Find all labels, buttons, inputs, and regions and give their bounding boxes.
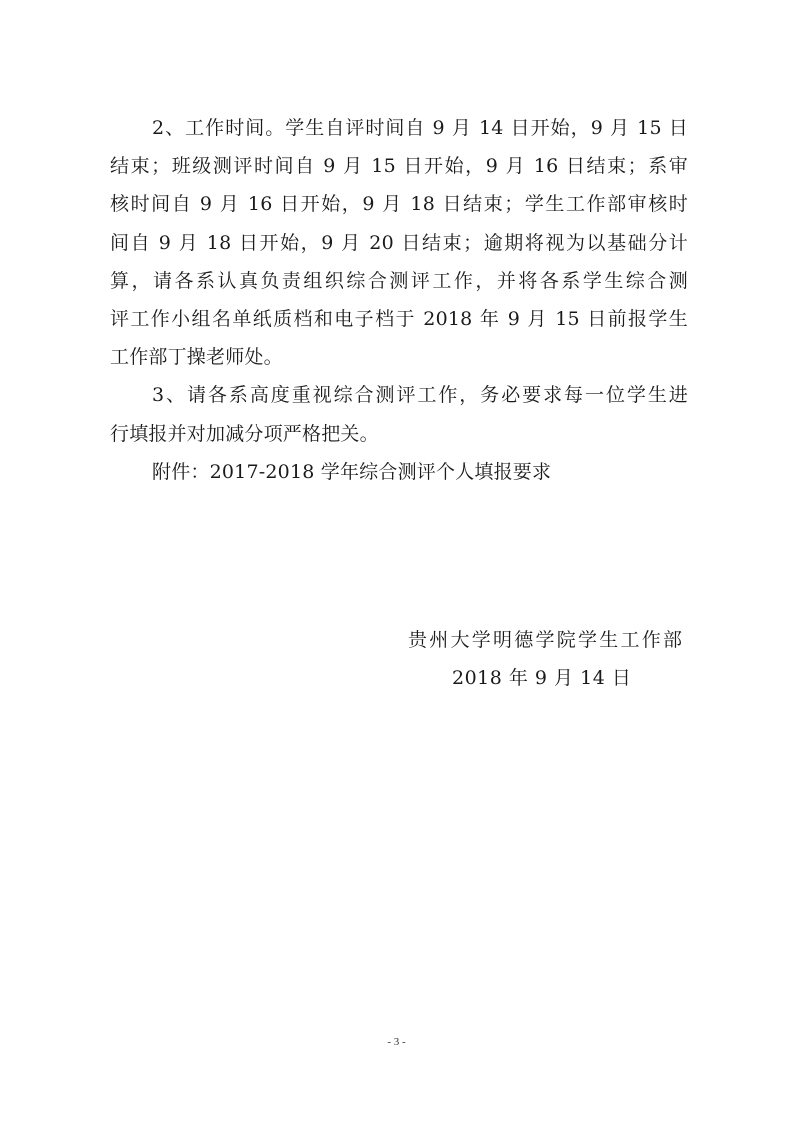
signature-block: 贵州大学明德学院学生工作部 2018 年 9 月 14 日 bbox=[408, 627, 688, 703]
paragraph-line: 评工作小组名单纸质档和电子档于 2018 年 9 月 15 日前报学生 bbox=[110, 306, 688, 344]
paragraph-line: 结束；班级测评时间自 9 月 15 日开始，9 月 16 日结束；系审 bbox=[110, 153, 688, 191]
signature-organization: 贵州大学明德学院学生工作部 bbox=[408, 627, 682, 665]
page-number: - 3 - bbox=[0, 1036, 793, 1048]
signature-date: 2018 年 9 月 14 日 bbox=[408, 665, 688, 703]
document-body: 2、工作时间。学生自评时间自 9 月 14 日开始，9 月 15 日 结束；班级… bbox=[110, 115, 688, 497]
paragraph-line: 工作部丁操老师处。 bbox=[110, 344, 688, 382]
paragraph-item-2: 2、工作时间。学生自评时间自 9 月 14 日开始，9 月 15 日 结束；班级… bbox=[110, 115, 688, 382]
document-page: 2、工作时间。学生自评时间自 9 月 14 日开始，9 月 15 日 结束；班级… bbox=[0, 0, 793, 1122]
paragraph-line: 2、工作时间。学生自评时间自 9 月 14 日开始，9 月 15 日 bbox=[110, 115, 688, 153]
paragraph-item-3: 3、请各系高度重视综合测评工作，务必要求每一位学生进 行填报并对加减分项严格把关… bbox=[110, 382, 688, 458]
paragraph-line: 行填报并对加减分项严格把关。 bbox=[110, 421, 688, 459]
paragraph-line: 核时间自 9 月 16 日开始，9 月 18 日结束；学生工作部审核时 bbox=[110, 191, 688, 229]
paragraph-line: 间自 9 月 18 日开始，9 月 20 日结束；逾期将视为以基础分计 bbox=[110, 230, 688, 268]
paragraph-line: 算，请各系认真负责组织综合测评工作，并将各系学生综合测 bbox=[110, 268, 688, 306]
paragraph-line: 3、请各系高度重视综合测评工作，务必要求每一位学生进 bbox=[110, 382, 688, 420]
attachment-note: 附件：2017-2018 学年综合测评个人填报要求 bbox=[110, 459, 688, 497]
